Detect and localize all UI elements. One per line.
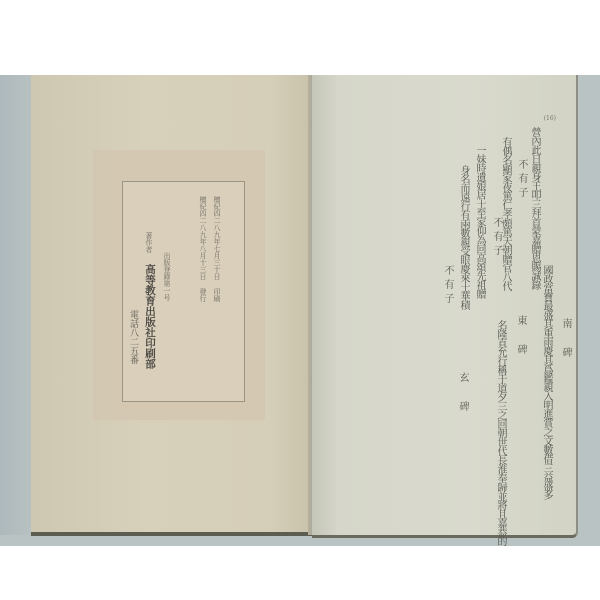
book-photo: 檀紀四二八九年七月三十日 印刷 檀紀四二八九年八月十三日 發行 出版登錄第一号 … [0, 75, 600, 546]
signature-dong: 東 碑 [513, 315, 528, 358]
text-column: 一妹時遺娘居士至家仰為回高頌先祖贈 [472, 145, 487, 298]
text-label: 不有子 [489, 217, 504, 259]
signature-nam: 南 碑 [558, 318, 573, 361]
signature-hyeon: 玄 碑 [455, 372, 470, 415]
text-column: 身名而遠行有兩數親受眼慶來士華積 [456, 165, 471, 309]
colophon-issue-date: 檀紀四二八九年八月十三日 發行 [198, 196, 208, 302]
text-column: 名隆直允行稱于道夕三之回朝世代長淮奉歸並將且嘉恭的 [493, 320, 508, 545]
colophon-phone: 電話八二五番 [127, 310, 140, 364]
text-label: 不有子 [514, 159, 529, 201]
right-page: (16) 營內此日親身王叩三拜首蒙嘉贈恩賜誠錄 不有子 有偶名顯家夜篤仁孝頗篤天… [312, 75, 578, 538]
page-number: (16) [544, 115, 556, 122]
text-column: 國政當寶最盛其重雨慶其爲鑑親入明進賞之文數借三益盛多 [539, 265, 554, 499]
colophon-publisher: 高等教育出版社印刷部 [143, 264, 158, 369]
background-surface [0, 75, 31, 535]
text-column: 有偶名顯家夜篤仁孝頗篤天朝贈官八代 [498, 137, 513, 290]
colophon-print-date: 檀紀四二八九年七月三十日 印刷 [212, 196, 222, 302]
left-page: 檀紀四二八九年七月三十日 印刷 檀紀四二八九年八月十三日 發行 出版登錄第一号 … [31, 75, 312, 536]
text-label: 不有子 [440, 265, 455, 307]
colophon-author-label: 著作者 [144, 232, 154, 253]
colophon-box: 檀紀四二八九年七月三十日 印刷 檀紀四二八九年八月十三日 發行 出版登錄第一号 … [122, 181, 245, 402]
colophon-registration: 出版登錄第一号 [162, 252, 172, 301]
